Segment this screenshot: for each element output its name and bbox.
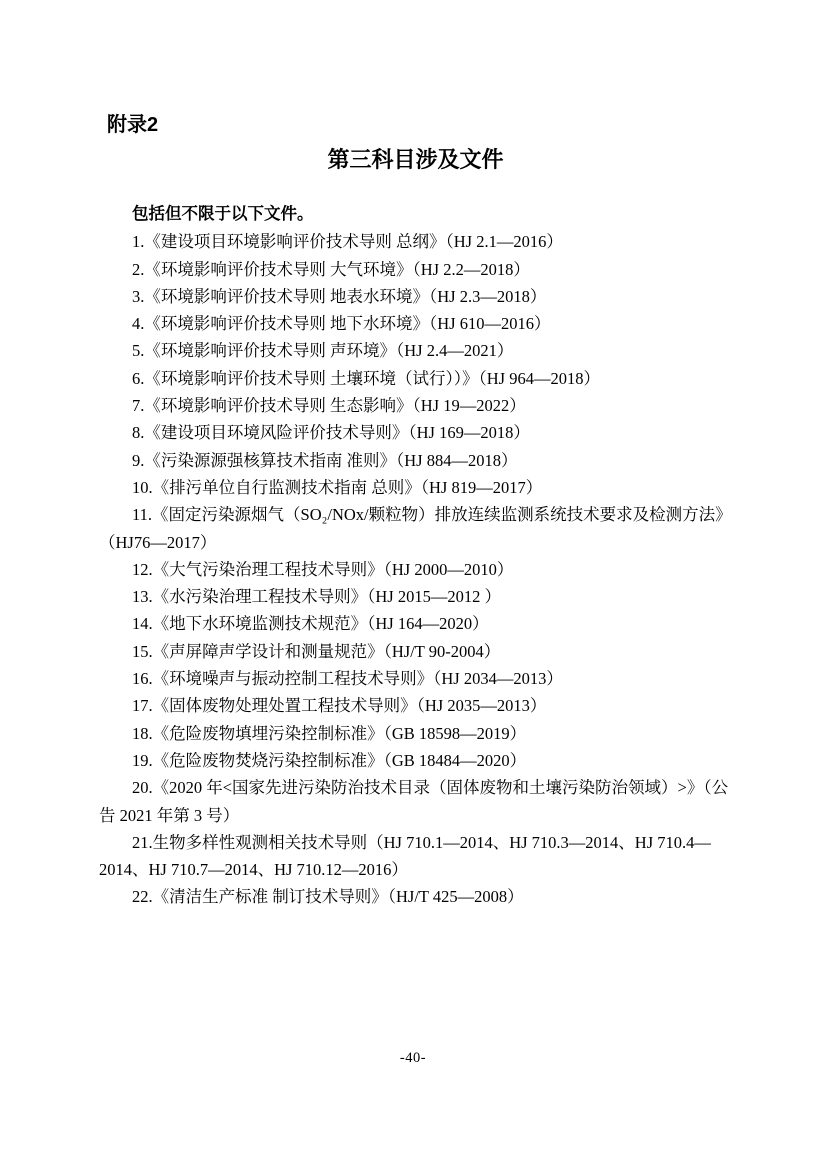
list-item: 5.《环境影响评价技术导则 声环境》（HJ 2.4—2021） xyxy=(99,337,732,364)
list-item: 19.《危险废物焚烧污染控制标准》（GB 18484—2020） xyxy=(99,747,732,774)
page-number: -40- xyxy=(0,1050,826,1067)
list-item: 2.《环境影响评价技术导则 大气环境》（HJ 2.2—2018） xyxy=(99,256,732,283)
list-item: 17.《固体废物处理处置工程技术导则》（HJ 2035—2013） xyxy=(99,692,732,719)
intro-sentence: 包括但不限于以下文件。 xyxy=(99,201,732,228)
list-item: 10.《排污单位自行监测技术指南 总则》（HJ 819—2017） xyxy=(99,474,732,501)
list-item: 13.《水污染治理工程技术导则》（HJ 2015—2012 ） xyxy=(99,583,732,610)
list-item: 12.《大气污染治理工程技术导则》（HJ 2000—2010） xyxy=(99,556,732,583)
list-item: 6.《环境影响评价技术导则 土壤环境（试行））》（HJ 964—2018） xyxy=(99,365,732,392)
list-item: 7.《环境影响评价技术导则 生态影响》（HJ 19—2022） xyxy=(99,392,732,419)
page-title: 第三科目涉及文件 xyxy=(99,145,732,175)
list-item: 16.《环境噪声与振动控制工程技术导则》（HJ 2034—2013） xyxy=(99,665,732,692)
list-item: 1.《建设项目环境影响评价技术导则 总纲》（HJ 2.1—2016） xyxy=(99,228,732,255)
list-item: 14.《地下水环境监测技术规范》（HJ 164—2020） xyxy=(99,610,732,637)
list-item: 15.《声屏障声学设计和测量规范》（HJ/T 90-2004） xyxy=(99,638,732,665)
list-item: 4.《环境影响评价技术导则 地下水环境》（HJ 610—2016） xyxy=(99,310,732,337)
list-item: 21.生物多样性观测相关技术导则（HJ 710.1—2014、HJ 710.3—… xyxy=(99,829,732,884)
document-page: 附录2 第三科目涉及文件 包括但不限于以下文件。 1.《建设项目环境影响评价技术… xyxy=(0,0,826,1169)
document-content: 附录2 第三科目涉及文件 包括但不限于以下文件。 1.《建设项目环境影响评价技术… xyxy=(99,112,732,911)
list-item: 20.《2020 年<国家先进污染防治技术目录（固体废物和土壤污染防治领域）>》… xyxy=(99,774,732,829)
list-item: 8.《建设项目环境风险评价技术导则》（HJ 169—2018） xyxy=(99,419,732,446)
list-item: 3.《环境影响评价技术导则 地表水环境》（HJ 2.3—2018） xyxy=(99,283,732,310)
list-item: 22.《清洁生产标准 制订技术导则》（HJ/T 425—2008） xyxy=(99,883,732,910)
list-item: 9.《污染源源强核算技术指南 准则》（HJ 884—2018） xyxy=(99,447,732,474)
list-item: 11.《固定污染源烟气（SO₂/NOx/颗粒物）排放连续监测系统技术要求及检测方… xyxy=(99,501,732,556)
appendix-label: 附录2 xyxy=(107,112,732,138)
list-item: 18.《危险废物填埋污染控制标准》（GB 18598—2019） xyxy=(99,720,732,747)
